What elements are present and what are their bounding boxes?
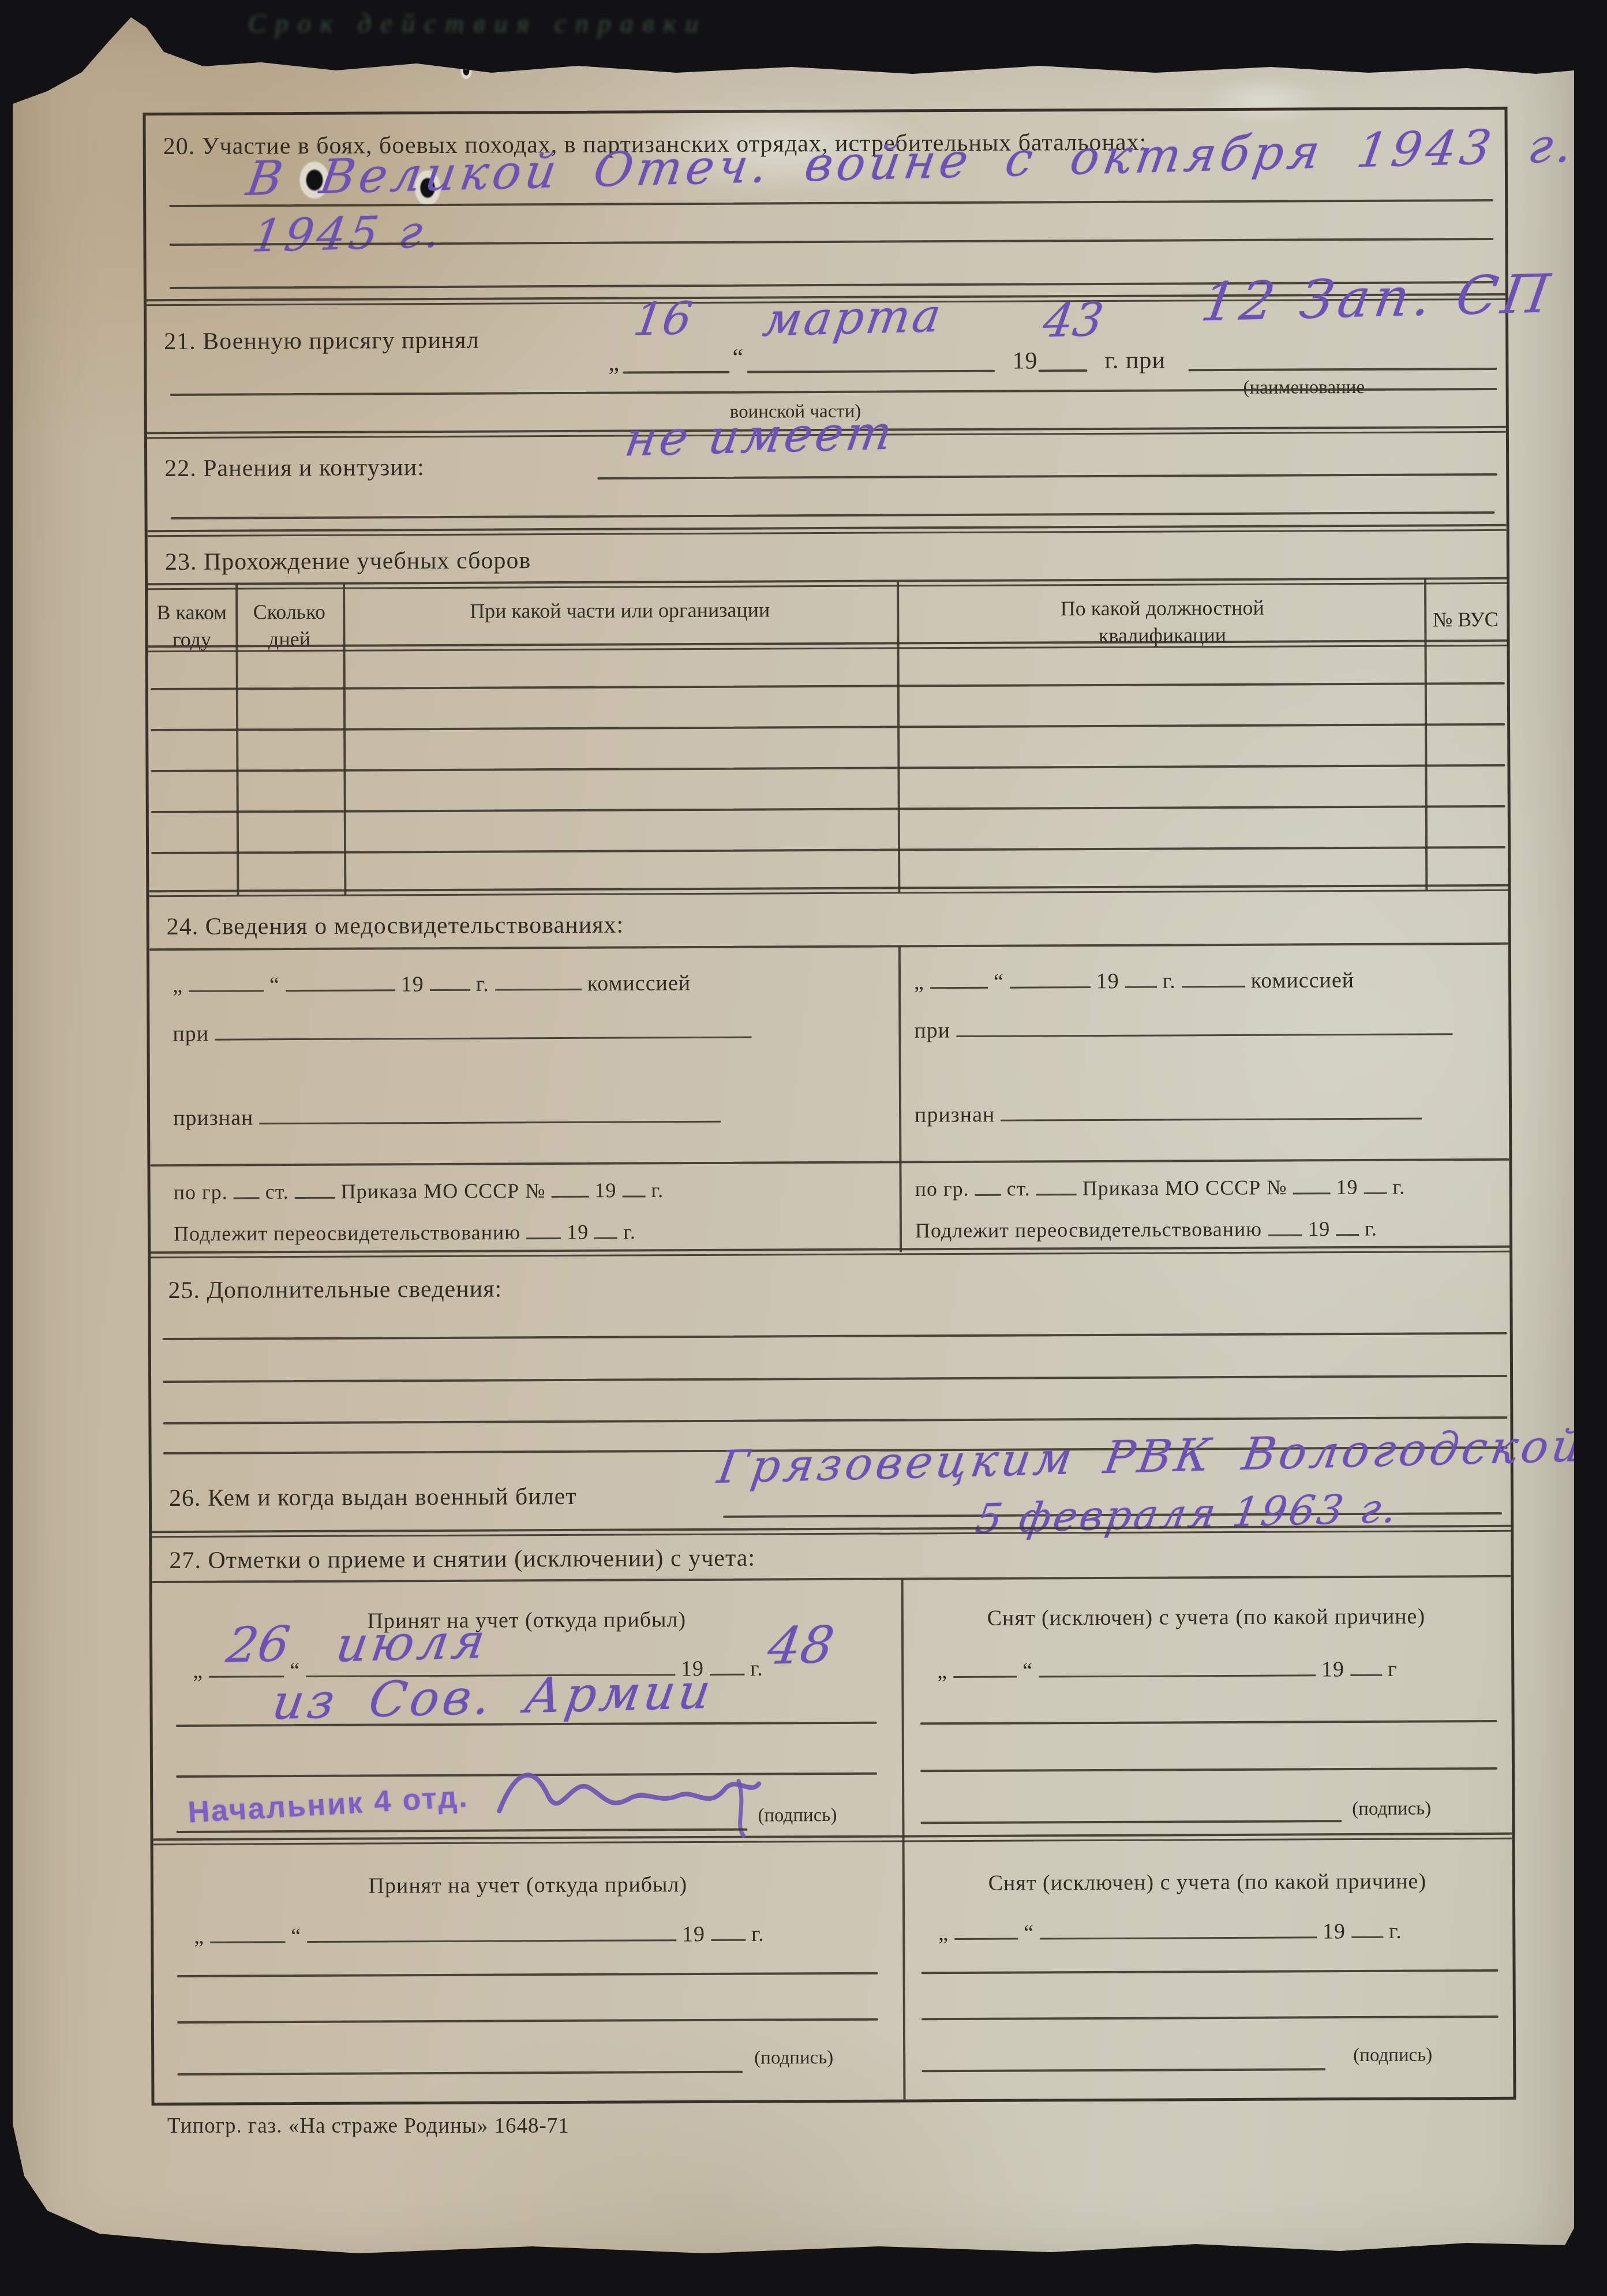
year-prefix: 19: [1323, 1919, 1346, 1943]
blank-underline: [622, 1177, 645, 1197]
table-row-line: [151, 723, 1505, 731]
blank-underline: [1363, 1175, 1387, 1194]
blank-underline: [210, 1923, 285, 1943]
year-prefix: 19: [1012, 347, 1037, 375]
s24-date-line: „“19г.комиссией: [173, 970, 691, 999]
blank-underline: [495, 970, 582, 991]
year-suffix: г.: [1163, 969, 1176, 993]
rule-line: [920, 1720, 1497, 1725]
year-suffix: г.: [1392, 1175, 1405, 1198]
year-prefix: 19: [401, 972, 424, 996]
table-column-line: [343, 584, 346, 895]
at-label: при: [914, 1018, 950, 1042]
blank-underline: [594, 1220, 617, 1239]
rule-line: [920, 1767, 1497, 1772]
table-header-border: [148, 640, 1507, 652]
year-suffix: г.: [623, 1220, 636, 1243]
removed-header: Снят (исключен) с учета (по какой причин…: [901, 1604, 1511, 1632]
blank-underline: [1040, 1918, 1317, 1939]
table-column-line: [897, 581, 900, 892]
s24-order-line: по гр.ст.Приказа МО СССР №19г.: [915, 1175, 1406, 1202]
close-quote: “: [994, 970, 1004, 994]
scanned-military-record-page: Срок действия справки 20. Участие в боях…: [0, 0, 1607, 2296]
blank-underline: [551, 1178, 589, 1198]
s20-handwriting-line2: 1945 г.: [249, 209, 447, 259]
year-prefix: 19: [682, 1922, 705, 1946]
open-quote: „: [194, 1924, 204, 1949]
year-suffix: г.: [651, 1179, 664, 1202]
year-prefix: 19: [567, 1220, 589, 1243]
s26-handwriting-issuer: Грязовецким РВК Вологодской обл.: [715, 1420, 1607, 1490]
open-quote: „: [193, 1659, 203, 1683]
close-quote: “: [1024, 1921, 1034, 1945]
s21-handwriting-year: 43: [1040, 297, 1106, 345]
close-quote: “: [732, 344, 744, 372]
table-row-line: [151, 682, 1505, 690]
recognized-label: признан: [173, 1106, 253, 1131]
s21-mid-text: г. при: [1104, 346, 1166, 375]
signature-hint: (подпись): [1352, 1798, 1431, 1820]
blank-underline: [295, 1179, 335, 1199]
paper-hole: [458, 58, 475, 84]
blank-underline: [597, 473, 1497, 480]
year-prefix: 19: [1096, 969, 1119, 993]
reexam-label: Подлежит переосвидетельствованию: [915, 1217, 1262, 1242]
rule-line: [163, 1332, 1507, 1340]
col-header-unit: При какой части или организации: [452, 596, 787, 625]
blank-underline: [953, 1658, 1017, 1678]
recognized-label: признан: [915, 1102, 995, 1127]
s21-handwriting-month: марта: [760, 293, 946, 343]
signature-line: [177, 2071, 743, 2076]
year-suffix: г.: [476, 972, 489, 996]
blank-underline: [307, 1921, 676, 1943]
rule-line: [171, 511, 1495, 519]
table-row-line: [151, 846, 1505, 854]
blank-underline: [1268, 1216, 1302, 1236]
rule-line: [163, 1375, 1507, 1383]
s24-date-line: „“19г.комиссией: [914, 967, 1354, 995]
at-label: при: [173, 1022, 209, 1046]
section-25-label: 25. Дополнительные сведения:: [168, 1275, 502, 1304]
year-suffix: г: [1388, 1657, 1398, 1681]
signature-hint: (подпись): [1353, 2044, 1432, 2067]
open-quote: „: [173, 973, 183, 997]
section-divider: [152, 1525, 1511, 1538]
s27-handwriting-day: 26: [224, 1620, 293, 1670]
s27-handwriting-origin: из Сов. Армии: [269, 1667, 717, 1726]
year-suffix: г.: [1365, 1217, 1377, 1240]
year-suffix: г.: [1389, 1919, 1402, 1943]
blank-underline: [1010, 968, 1091, 989]
form-frame: 20. Участие в боях, боевых походах, в па…: [143, 107, 1516, 2106]
rule-line: [152, 1575, 1511, 1583]
blank-underline: [1336, 1216, 1359, 1236]
blank-underline: [956, 1015, 1452, 1037]
rule-line: [177, 1972, 878, 1977]
blank-underline: [215, 1018, 751, 1041]
group-label: по гр.: [915, 1177, 969, 1201]
year-suffix: г.: [751, 1922, 765, 1946]
open-quote: „: [938, 1921, 949, 1945]
open-quote: „: [914, 970, 924, 994]
print-house-footer: Типогр. газ. «На страже Родины» 1648-71: [167, 2114, 570, 2138]
section-divider: [148, 524, 1507, 537]
open-quote: „: [608, 349, 620, 377]
s24-recognized-line: признан: [173, 1102, 726, 1131]
article-label: ст.: [1007, 1177, 1031, 1200]
table-row-line: [151, 805, 1505, 813]
blank-underline: [1039, 1656, 1316, 1677]
s24-order-line: по гр.ст.Приказа МО СССР №19г.: [174, 1177, 664, 1205]
s24-at-line: при: [173, 1018, 757, 1047]
blank-underline: [747, 370, 995, 373]
blank-underline: [189, 971, 264, 992]
open-quote: „: [937, 1659, 947, 1683]
blank-underline: [954, 1920, 1018, 1940]
section-27-label: 27. Отметки о приеме и снятии (исключени…: [169, 1545, 755, 1575]
removed-header: Снят (исключен) с учета (по какой причин…: [902, 1869, 1512, 1897]
blank-underline: [234, 1179, 260, 1199]
accepted-header: Принят на учет (откуда прибыл): [153, 1871, 902, 1899]
s21-handwriting-unit: 12 Зап. СП: [1198, 267, 1557, 329]
blank-underline: [1001, 1100, 1422, 1121]
s24-at-line: при: [914, 1015, 1458, 1044]
section-divider: [151, 1246, 1509, 1258]
s27-date-line: „“19г.: [938, 1918, 1402, 1946]
blank-underline: [711, 1921, 746, 1942]
rule-line: [177, 2018, 878, 2024]
blank-underline: [1182, 967, 1245, 988]
blank-underline: [1351, 1918, 1383, 1939]
rule-line: [922, 2015, 1499, 2020]
year-prefix: 19: [1308, 1217, 1330, 1240]
blank-underline: [259, 1102, 721, 1125]
close-quote: “: [291, 1924, 301, 1948]
rule-line: [922, 1969, 1499, 1974]
paper-sheet: 20. Участие в боях, боевых походах, в па…: [13, 17, 1574, 2278]
s24-reexam-line: Подлежит переосвидетельствованию19г.: [915, 1216, 1377, 1243]
s22-handwriting: не имеет: [622, 410, 898, 464]
commission-label: комиссией: [1251, 968, 1355, 993]
close-quote: “: [1022, 1659, 1033, 1683]
col-header-vus: № ВУС: [1424, 606, 1507, 633]
blank-underline: [430, 971, 470, 992]
s27-date-line: „“19г.: [194, 1921, 765, 1950]
s21-handwriting-day: 16: [631, 296, 695, 343]
year-prefix: 19: [594, 1179, 616, 1202]
blank-underline: [1293, 1175, 1330, 1194]
group-label: по гр.: [174, 1180, 228, 1203]
rule-line: [163, 1416, 1507, 1424]
section-24-label: 24. Сведения о медосвидетельствованиях:: [167, 911, 624, 941]
s27-date-line: „“19г: [937, 1656, 1398, 1684]
signature-line: [920, 1820, 1342, 1824]
blank-underline: [1036, 1176, 1077, 1195]
section-21-label: 21. Военную присягу принял: [164, 327, 480, 356]
order-label: Приказа МО СССР №: [1082, 1176, 1287, 1200]
table-row-line: [151, 764, 1505, 772]
s27-row-divider: [153, 1833, 1512, 1845]
showthrough-text: Срок действия справки: [248, 8, 707, 39]
year-prefix: 19: [1336, 1176, 1358, 1199]
signature-hint: (подпись): [754, 2047, 833, 2070]
blank-underline: [1125, 968, 1157, 989]
blank-underline: [1350, 1656, 1382, 1677]
blank-underline: [526, 1220, 561, 1239]
s27-handwriting-year: 48: [765, 1620, 837, 1672]
s24-recognized-line: признан: [915, 1099, 1428, 1128]
signature-line: [922, 2068, 1325, 2072]
section-22-label: 22. Ранения и контузии:: [164, 454, 425, 483]
close-quote: “: [269, 973, 280, 997]
blank-underline: [1038, 369, 1087, 372]
table-top-border: [148, 577, 1507, 590]
commission-label: комиссией: [587, 971, 691, 996]
blank-underline: [286, 971, 395, 992]
s24-column-divider: [898, 946, 902, 1252]
year-suffix: г.: [750, 1656, 763, 1681]
blank-underline: [1188, 368, 1497, 371]
rule-line: [150, 1158, 1509, 1166]
official-stamp: Начальник 4 отд.: [187, 1779, 470, 1830]
s27-handwriting-month: июля: [333, 1617, 492, 1669]
table-bottom-border: [149, 884, 1508, 897]
blank-underline: [930, 968, 988, 989]
section-23-label: 23. Прохождение учебных сборов: [165, 547, 531, 576]
blank-underline: [623, 371, 729, 374]
section-26-label: 26. Кем и когда выдан военный билет: [169, 1483, 577, 1512]
reexam-label: Подлежит переосвидетельствованию: [174, 1221, 520, 1246]
signature-scrawl: [493, 1755, 765, 1840]
article-label: ст.: [265, 1180, 289, 1203]
rule-line: [149, 943, 1508, 951]
s24-reexam-line: Подлежит переосвидетельствованию19г.: [174, 1219, 636, 1246]
signature-hint: (подпись): [758, 1805, 837, 1827]
year-prefix: 19: [1321, 1657, 1344, 1681]
blank-underline: [975, 1176, 1001, 1196]
order-label: Приказа МО СССР №: [341, 1179, 546, 1203]
